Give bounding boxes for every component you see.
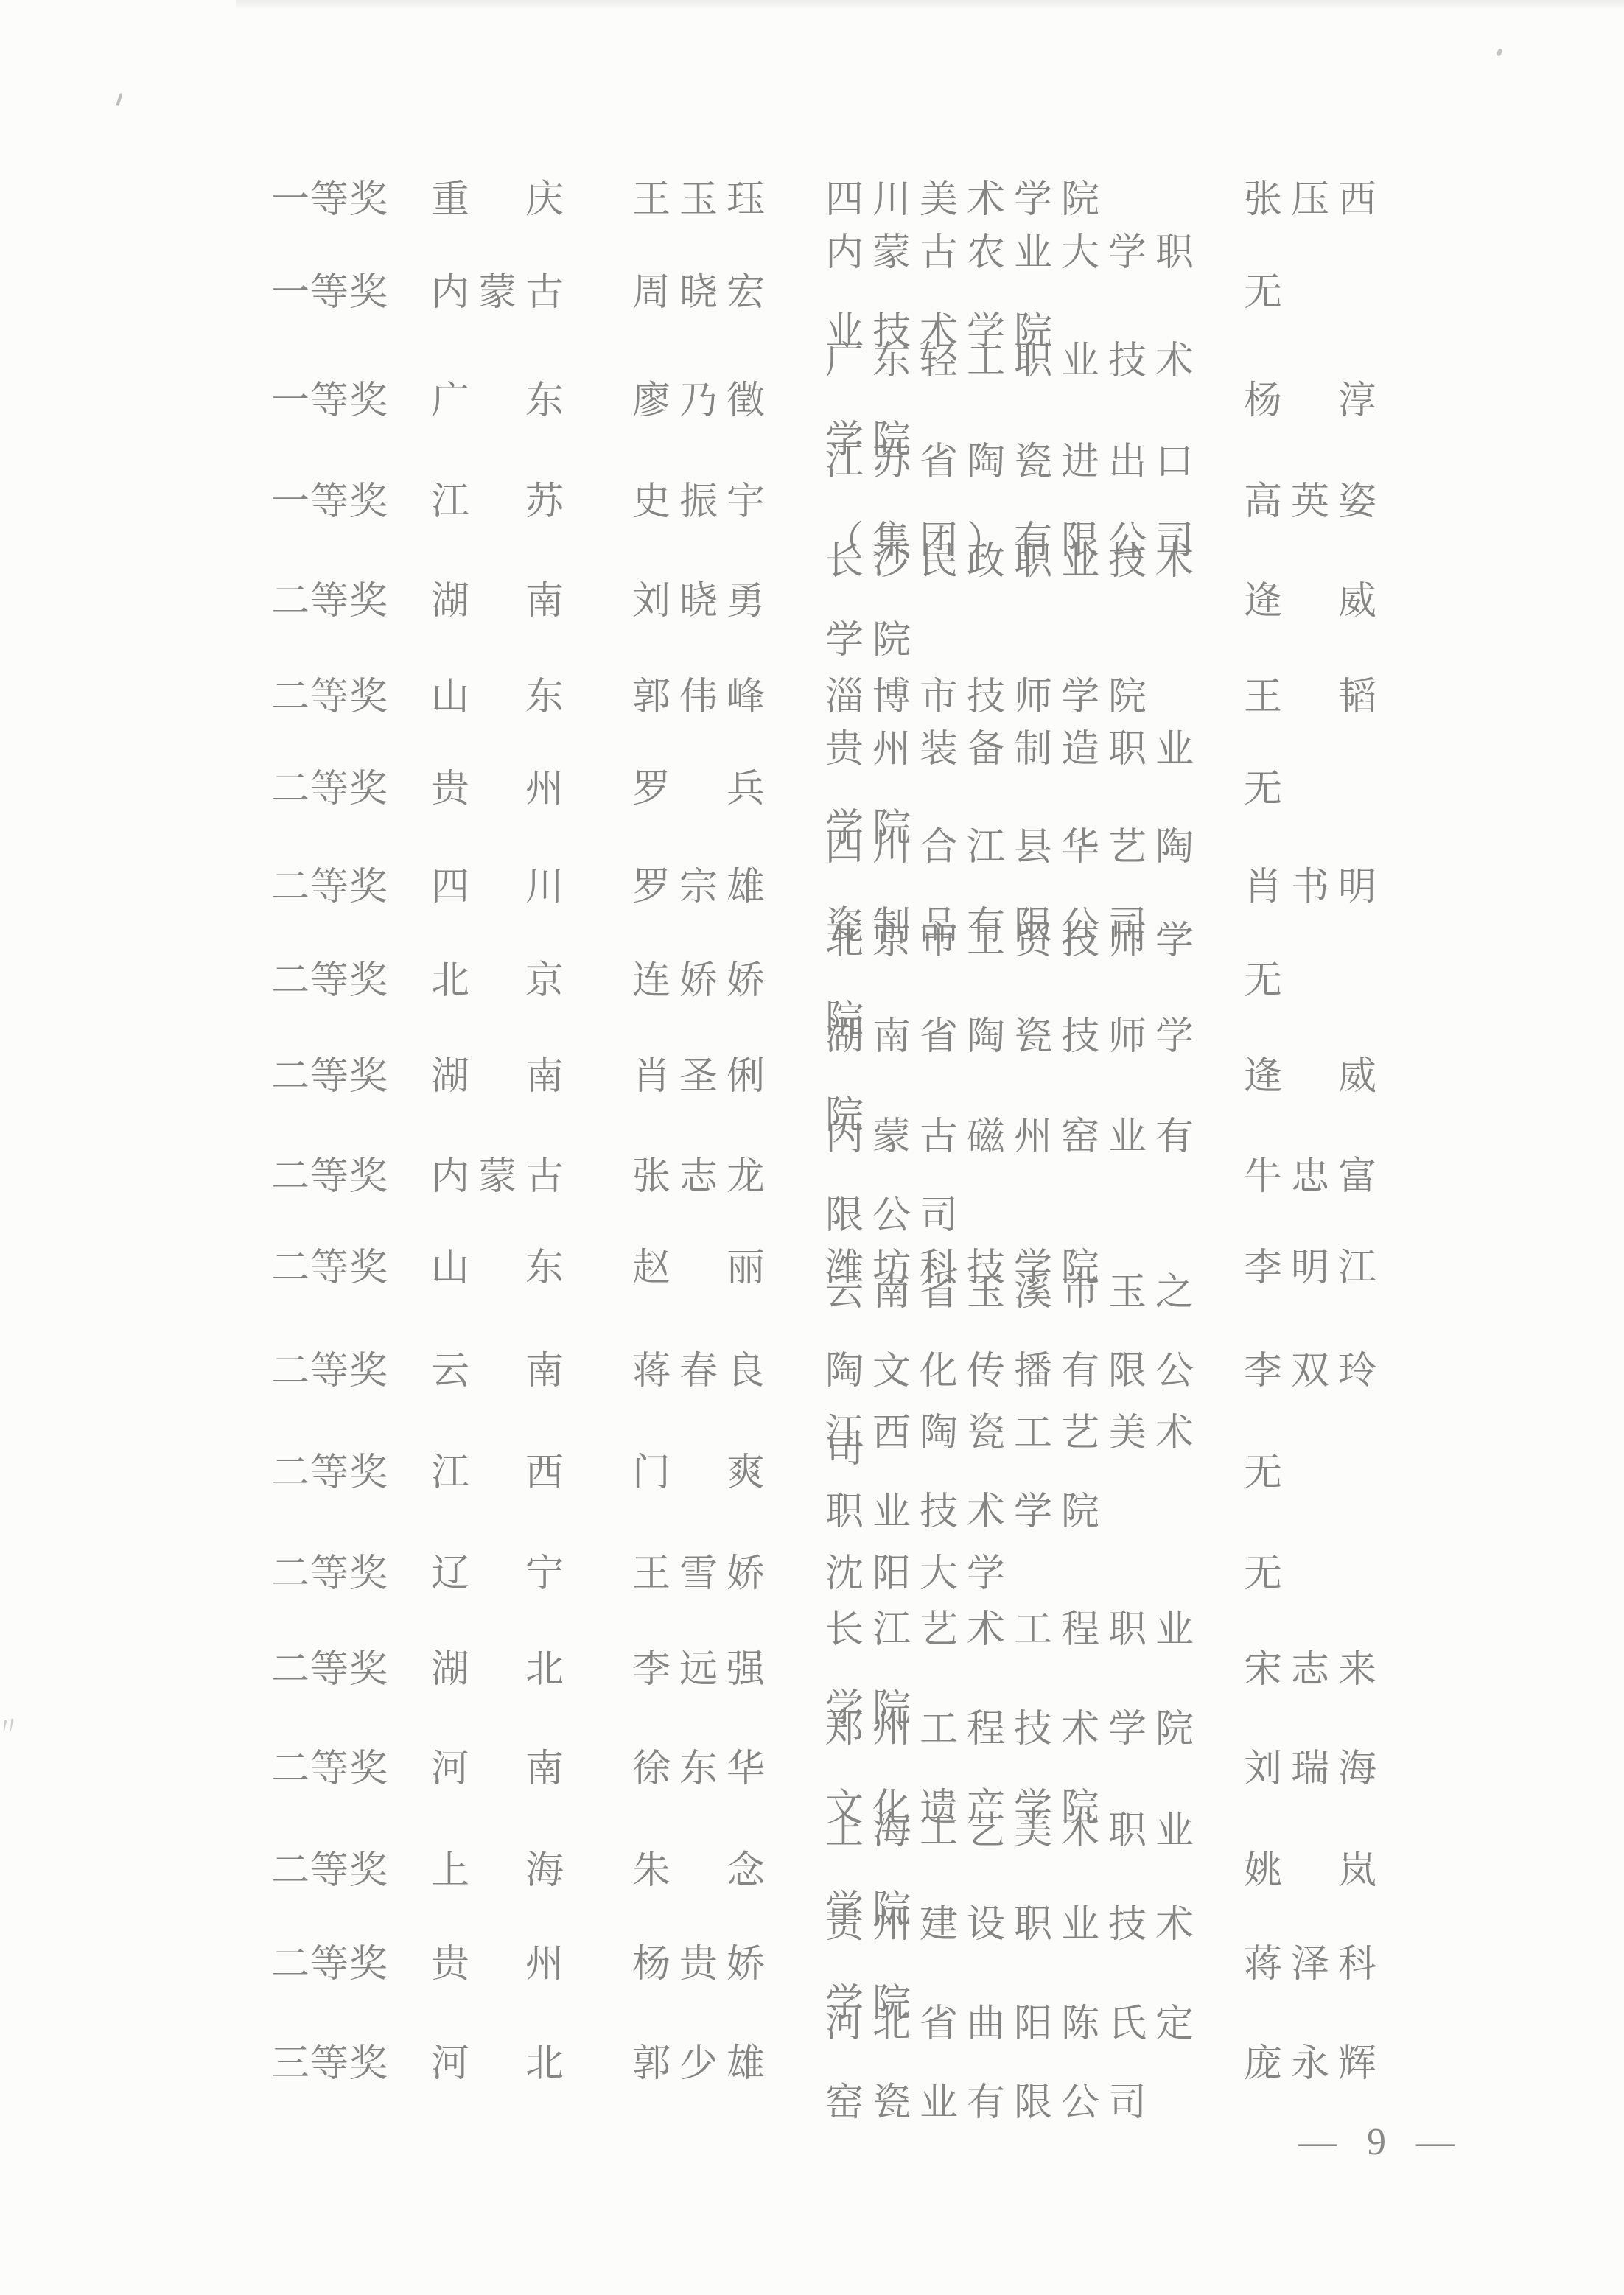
scan-edge: [0, 0, 1624, 10]
scan-artifact: [1496, 48, 1503, 57]
page-number: — 9 —: [1298, 2120, 1465, 2164]
advisor-cell: 庞永辉: [1244, 2025, 1428, 2104]
scan-corner: [0, 0, 236, 29]
scan-artifact: 〃: [0, 1704, 26, 1745]
document-page: 〃 一等奖 重 庆 王玉珏 四川美术学院 张压西 一等奖 内蒙古 周晓宏 内蒙古…: [0, 0, 1624, 2295]
province-cell: 河 北: [431, 2025, 586, 2104]
institution-cell: 河北省曲阳陈氏定窑瓷业有限公司: [825, 1986, 1238, 2142]
name-cell: 郭少雄: [632, 2025, 802, 2104]
award-cell: 三等奖: [271, 2025, 396, 2104]
scan-artifact: [116, 93, 122, 106]
